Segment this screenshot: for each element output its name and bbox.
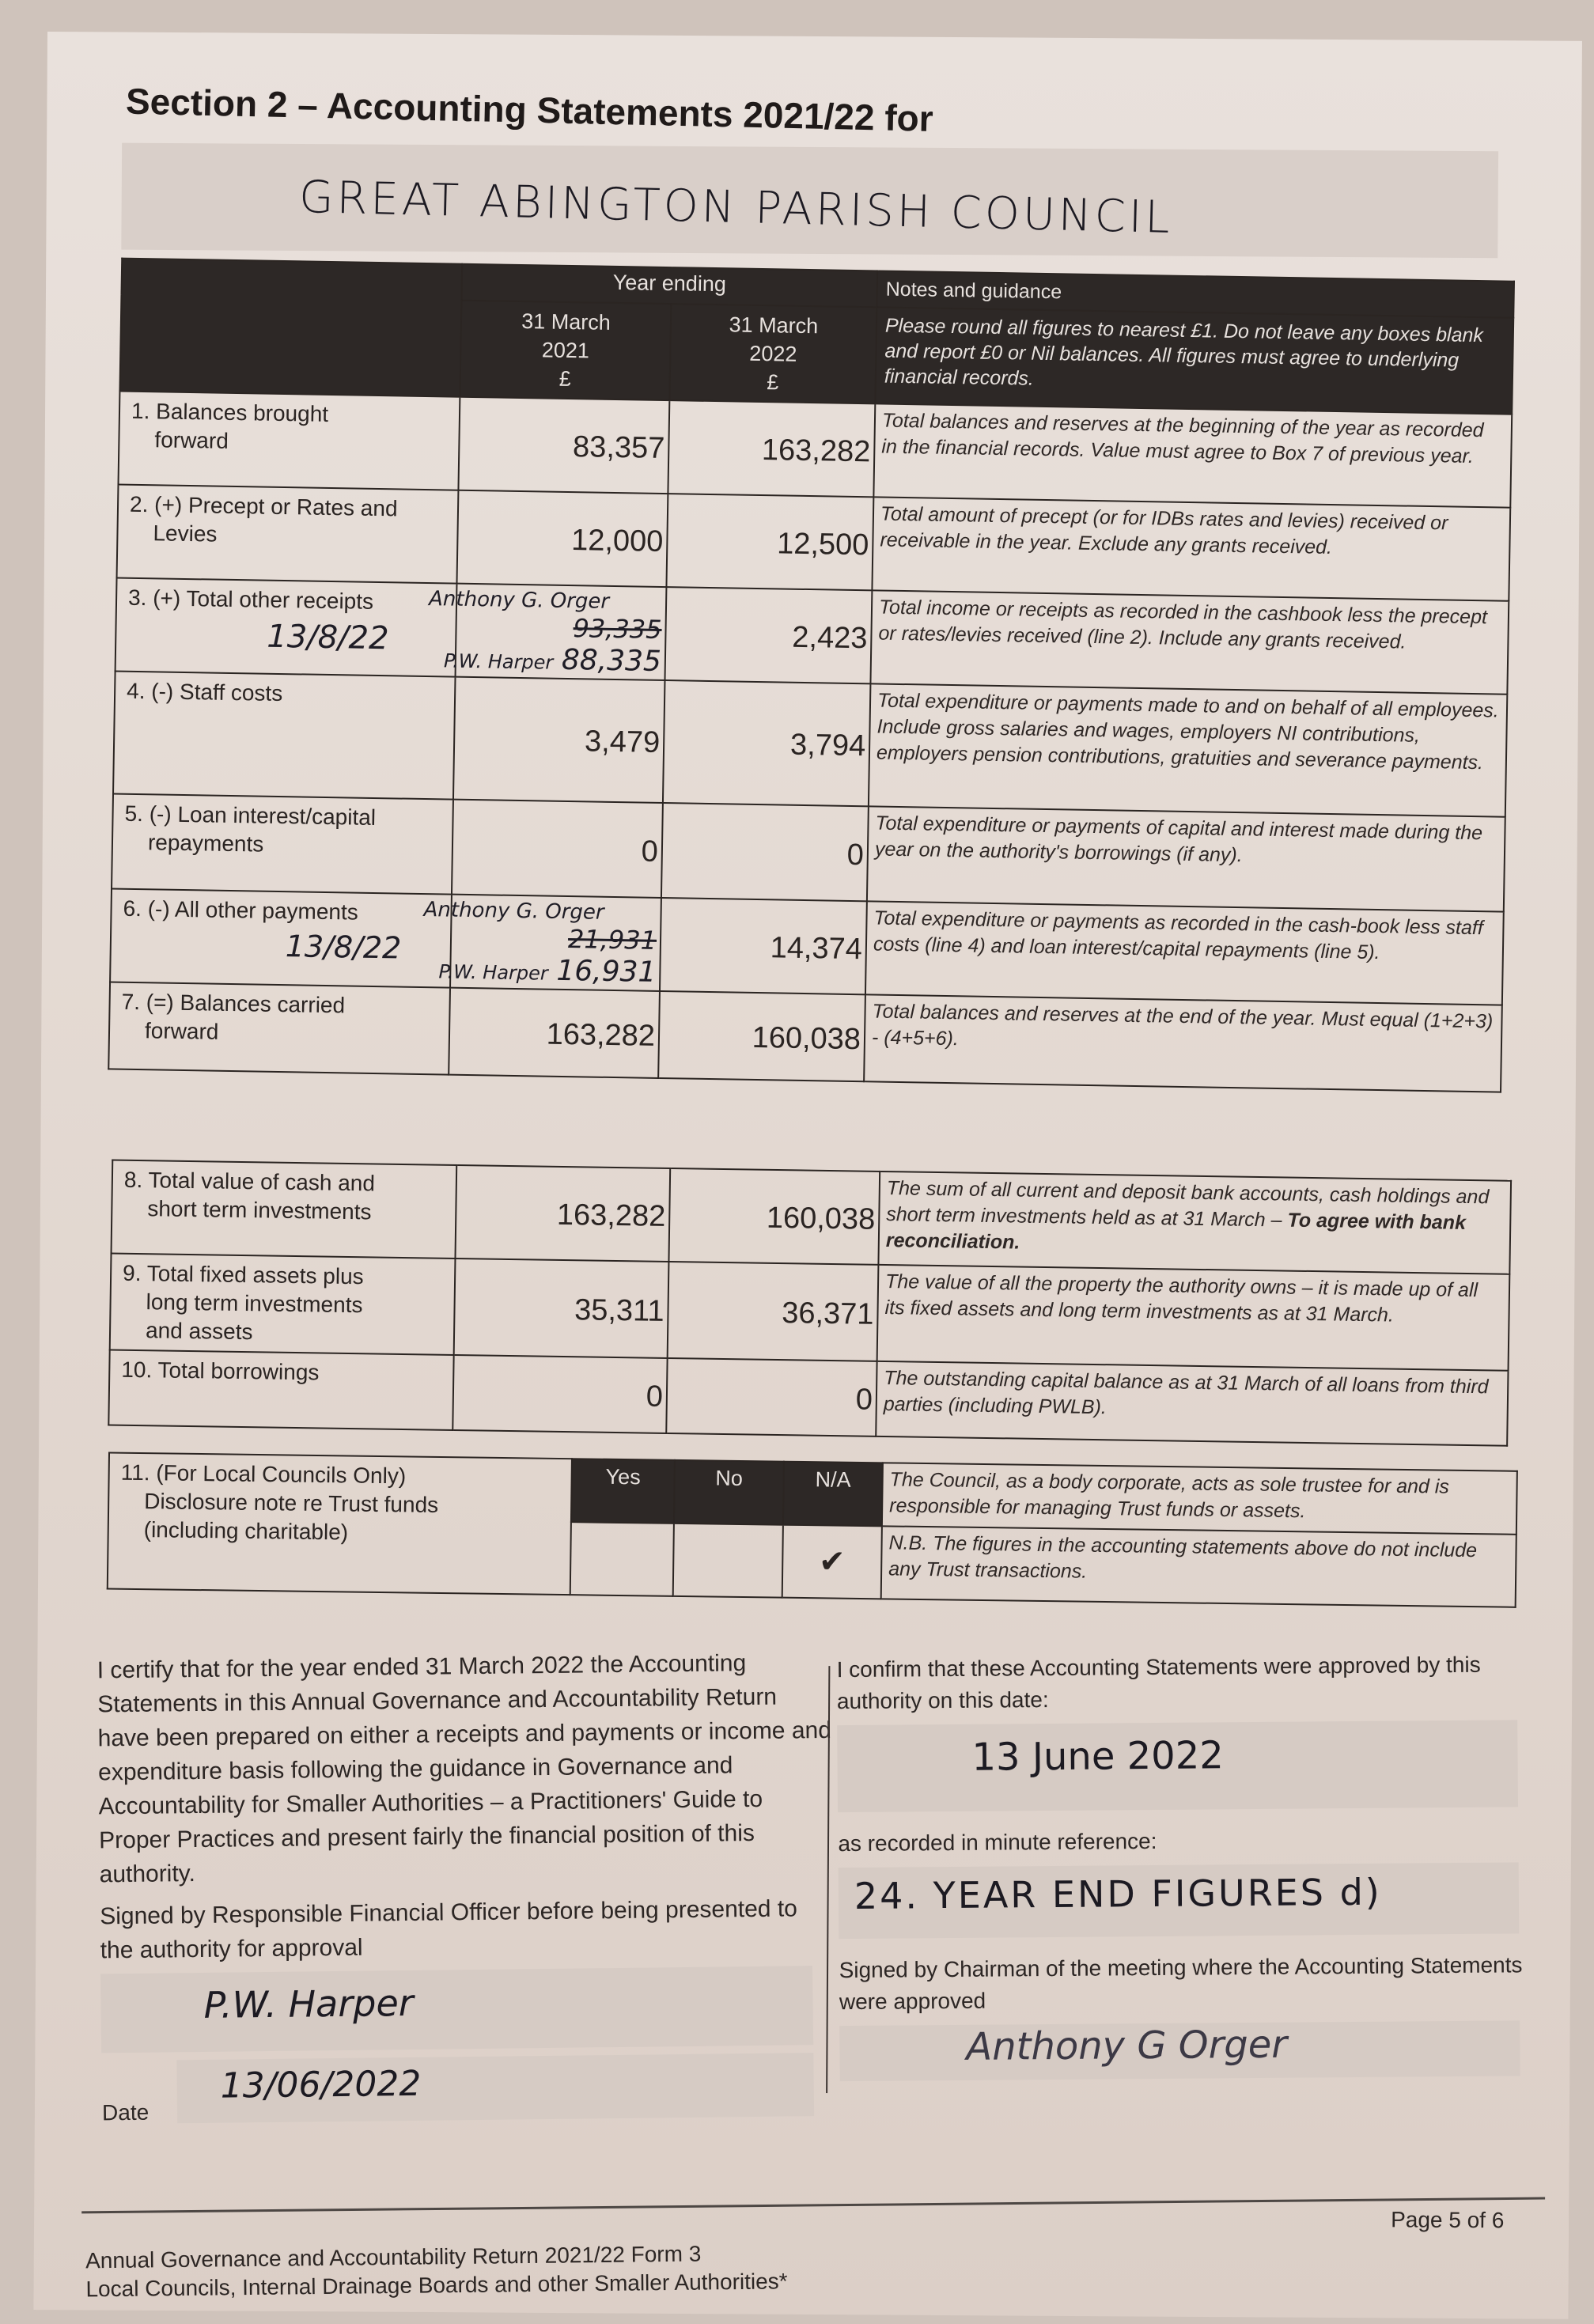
trust-note-1: The Council, as a body corporate, acts a… — [882, 1463, 1517, 1534]
value-2021[interactable]: 0 — [452, 800, 663, 898]
row-note: Total income or receipts as recorded in … — [870, 590, 1509, 694]
original-value: 93,335 — [460, 611, 662, 645]
amendment-date: 13/8/22 — [267, 623, 389, 653]
value-2022[interactable]: 0 — [661, 803, 869, 901]
option-no-header: No — [674, 1460, 784, 1525]
value-2022[interactable]: 2,423 — [664, 587, 872, 683]
corrected-value: 16,931 — [556, 955, 657, 989]
minute-label: as recorded in minute reference: — [838, 1822, 1534, 1860]
amendment-date: 13/8/22 — [286, 932, 402, 962]
value-2021[interactable]: 3,479 — [453, 677, 665, 803]
footer: Annual Governance and Accountability Ret… — [85, 2239, 788, 2303]
assets-table: 8. Total value of cash andshort term inv… — [108, 1160, 1512, 1447]
row-note: The outstanding capital balance as at 31… — [876, 1361, 1508, 1446]
rfo-signed-label: Signed by Responsible Financial Officer … — [100, 1891, 836, 1968]
value-2021[interactable]: 163,282 — [449, 988, 660, 1078]
row-note: Total expenditure or payments of capital… — [867, 806, 1505, 911]
row-label: 6. (-) All other payments 13/8/22 — [110, 888, 452, 987]
value-2021[interactable]: 12,000 — [456, 490, 668, 587]
row-label: 8. Total value of cash andshort term inv… — [112, 1160, 457, 1259]
accounting-statements-table: Year ending Notes and guidance 31 March … — [108, 258, 1515, 1093]
date-label: Date — [102, 2095, 150, 2130]
rfo-signature: P.W. Harper — [203, 1986, 414, 2023]
rfo-certification-text: I certify that for the year ended 31 Mar… — [97, 1645, 835, 1892]
row-label: 7. (=) Balances carriedforward — [108, 982, 450, 1074]
header-blank — [119, 259, 462, 397]
amendment-signature-chair: Anthony G. Orger — [423, 898, 657, 925]
table-row: 4. (-) Staff costs 3,479 3,794 Total exp… — [113, 672, 1507, 817]
col-header-2021: 31 March 2021 £ — [460, 301, 671, 400]
value-2021[interactable]: 83,357 — [458, 397, 669, 494]
original-value: 21,931 — [455, 922, 657, 956]
value-2022[interactable]: 0 — [666, 1358, 877, 1436]
chair-signature: Anthony G Orger — [966, 2029, 1287, 2063]
row-note: Total balances and reserves at the end o… — [864, 994, 1502, 1092]
option-na-checkbox[interactable]: ✔ — [782, 1525, 882, 1599]
option-yes-checkbox[interactable] — [570, 1522, 674, 1596]
chair-signed-label: Signed by Chairman of the meeting where … — [839, 1949, 1535, 2018]
rfo-date: 13/06/2022 — [220, 2067, 421, 2103]
trust-funds-table: 11. (For Local Councils Only) Disclosure… — [107, 1452, 1518, 1608]
chair-confirmation: I confirm that these Accounting Statemen… — [836, 1648, 1536, 2129]
row-note: Total amount of precept (or for IDBs rat… — [872, 497, 1510, 600]
option-no-checkbox[interactable] — [673, 1523, 783, 1598]
value-2021[interactable]: 35,311 — [454, 1259, 669, 1358]
value-2021[interactable]: 0 — [452, 1355, 667, 1433]
value-2022[interactable]: 12,500 — [666, 494, 873, 590]
option-yes-header: Yes — [571, 1459, 675, 1523]
footer-rule — [81, 2197, 1545, 2214]
confirm-text: I confirm that these Accounting Statemen… — [836, 1648, 1533, 1717]
row-label: 10. Total borrowings — [108, 1350, 453, 1430]
corrected-value: 88,335 — [562, 644, 662, 678]
minute-reference: 24. YEAR END FIGURES d) — [854, 1876, 1382, 1912]
trust-label: 11. (For Local Councils Only) Disclosure… — [108, 1453, 572, 1595]
col-header-2022: 31 March 2022 £ — [669, 304, 877, 403]
value-2021[interactable]: 163,282 — [455, 1165, 670, 1262]
row-note: The sum of all current and deposit bank … — [878, 1171, 1511, 1274]
row-label: 2. (+) Precept or Rates andLevies — [117, 485, 459, 584]
approval-date: 13 June 2022 — [971, 1739, 1224, 1773]
option-na-header: N/A — [783, 1462, 883, 1527]
amendment-signature-rfo: P.W. Harper — [438, 960, 548, 984]
value-2022[interactable]: 3,794 — [663, 680, 871, 806]
amendment-signature-rfo: P.W. Harper — [444, 649, 554, 673]
value-2022[interactable]: 160,038 — [658, 991, 865, 1081]
page-number: Page 5 of 6 — [1391, 2207, 1504, 2233]
row-label: 1. Balances broughtforward — [118, 392, 460, 490]
row-note: Total balances and reserves at the begin… — [873, 403, 1512, 507]
section-title: Section 2 – Accounting Statements 2021/2… — [125, 80, 933, 140]
row-label: 9. Total fixed assets pluslong term inve… — [110, 1254, 456, 1355]
row-note: The value of all the property the author… — [877, 1265, 1510, 1371]
notes-instruction: Please round all figures to nearest £1. … — [875, 307, 1513, 414]
row-note: Total expenditure or payments as recorde… — [865, 901, 1504, 1005]
row-label: 4. (-) Staff costs — [113, 672, 456, 800]
value-2022[interactable]: 163,282 — [668, 400, 875, 497]
trust-note-2: N.B. The figures in the accounting state… — [881, 1526, 1516, 1607]
row-label: 3. (+) Total other receipts 13/8/22 — [115, 578, 457, 677]
value-2022[interactable]: 36,371 — [668, 1262, 879, 1361]
row-note: Total expenditure or payments made to an… — [869, 683, 1507, 816]
form-page: Section 2 – Accounting Statements 2021/2… — [33, 32, 1582, 2319]
value-2021-amended[interactable]: Anthony G. Orger 21,931 P.W. Harper 16,9… — [450, 895, 661, 991]
amendment-signature-chair: Anthony G. Orger — [429, 587, 662, 615]
row-label: 5. (-) Loan interest/capitalrepayments — [112, 793, 453, 894]
rfo-certification: I certify that for the year ended 31 Mar… — [97, 1645, 838, 2133]
checkmark-icon: ✔ — [819, 1544, 846, 1579]
value-2021-amended[interactable]: Anthony G. Orger 93,335 P.W. Harper 88,3… — [456, 584, 667, 680]
value-2022[interactable]: 14,374 — [660, 898, 867, 994]
value-2022[interactable]: 160,038 — [668, 1168, 880, 1265]
